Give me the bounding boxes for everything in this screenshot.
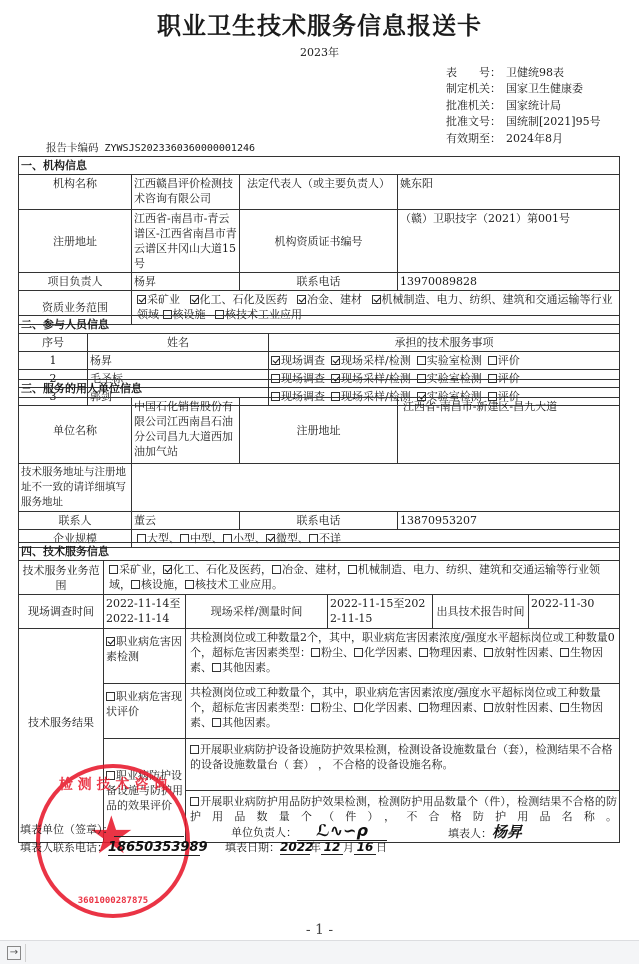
checkbox-icon [311, 648, 320, 657]
checkbox-icon [185, 580, 194, 589]
task-option[interactable]: 现场采样/检测 [331, 354, 411, 367]
meta-row: 表 号：卫健统98表 [446, 65, 601, 81]
checkbox-icon [131, 580, 140, 589]
checkbox-icon [354, 648, 363, 657]
document-page: 职业卫生技术服务信息报送卡 2023年 表 号：卫健统98表 制定机关：国家卫生… [0, 0, 639, 940]
checkbox-icon[interactable] [190, 797, 199, 806]
unit-head-field: 单位负责人：ℒ∿∽ρ [231, 821, 387, 841]
result-detail: 开展职业病防护设备设施防护效果检测，检测设备设施数量台（套），检测结果不合格的设… [186, 739, 620, 791]
checkbox-icon [419, 648, 428, 657]
contact-phone-label: 联系电话 [240, 512, 398, 530]
service-scope-options: 采矿业，化工、石化及医药，冶金、建材，机械制造、电力、纺织、建筑和交通运输等行业… [104, 561, 620, 595]
expand-sidebar-icon[interactable]: → [7, 946, 21, 960]
service-scope-option[interactable]: 化工、石化及医药， [163, 563, 272, 576]
service-address-label: 技术服务地址与注册地址不一致的请详细填写服务地址 [19, 464, 132, 512]
service-scope-option[interactable]: 核技术工业应用。 [185, 578, 283, 591]
report-time-label: 出具技术报告时间 [433, 595, 529, 629]
checkbox-checked-icon [137, 295, 146, 304]
factor-option[interactable]: 其他因素。 [212, 716, 277, 729]
checkbox-checked-icon [331, 356, 340, 365]
org-name-label: 机构名称 [19, 175, 132, 210]
report-time-value: 2022-11-30 [529, 595, 620, 629]
contact-label: 联系人 [19, 512, 132, 530]
factor-option[interactable]: 粉尘、 [311, 701, 354, 714]
seal-number: 3601000287875 [40, 896, 186, 906]
checkbox-checked-icon [190, 295, 199, 304]
filler-field: 填表人：杨昇 [448, 821, 522, 842]
fill-date-field: 填表日期：2022年12月16日 [225, 839, 387, 855]
col-header-no: 序号 [19, 334, 88, 352]
checkbox-icon [419, 703, 428, 712]
table-row: 1 杨昇 现场调查现场采样/检测实验室检测评价 [19, 352, 620, 370]
task-option[interactable]: 实验室检测 [417, 354, 482, 367]
checkbox-icon [106, 692, 115, 701]
phone-value: 13970089828 [398, 273, 620, 291]
report-code: 报告卡编码ZYWSJS2023360360000001246 [46, 140, 255, 155]
sampling-time-value: 2022-11-15至2022-11-15 [328, 595, 433, 629]
checkbox-icon [212, 663, 221, 672]
phone-label: 联系电话 [240, 273, 398, 291]
legal-rep-label: 法定代表人（或主要负责人） [240, 175, 398, 210]
checkbox-icon [417, 356, 426, 365]
result-detail: 共检测岗位或工种数量2个，其中，职业病危害因素浓度/强度水平超标岗位或工种数量0… [186, 629, 620, 684]
unit-reg-address-label: 注册地址 [240, 398, 398, 464]
contact-value: 董云 [132, 512, 240, 530]
project-lead-value: 杨昇 [132, 273, 240, 291]
section4-heading: 四、技术服务信息 [19, 543, 620, 561]
contact-phone-value: 13870953207 [398, 512, 620, 530]
seal-ring-text: 检 测 技 术 咨 询 [48, 774, 178, 794]
factor-option[interactable]: 粉尘、 [311, 646, 354, 659]
section2-heading: 二、参与人员信息 [19, 316, 620, 334]
checkbox-icon [212, 718, 221, 727]
checkbox-checked-icon [372, 295, 381, 304]
checkbox-icon[interactable] [190, 745, 199, 754]
factor-option[interactable]: 化学因素、 [354, 701, 419, 714]
unit-head-signature: ℒ∿∽ρ [297, 821, 387, 841]
checkbox-checked-icon [297, 295, 306, 304]
service-scope-option[interactable]: 核设施， [131, 578, 185, 591]
unit-seal-field: 填表单位（签章）： [20, 821, 184, 837]
checkbox-icon [354, 703, 363, 712]
checkbox-checked-icon [106, 637, 115, 646]
col-header-tasks: 承担的技术服务事项 [269, 334, 620, 352]
task-option[interactable]: 现场调查 [271, 354, 325, 367]
checkbox-checked-icon [163, 565, 172, 574]
project-lead-label: 项目负责人 [19, 273, 132, 291]
scope-option[interactable]: 采矿业 [137, 293, 180, 306]
factor-option[interactable]: 其他因素。 [212, 661, 277, 674]
checkbox-icon [560, 703, 569, 712]
document-meta: 表 号：卫健统98表 制定机关：国家卫生健康委 批准机关：国家统计局 批准文号：… [446, 65, 601, 147]
meta-row: 制定机关：国家卫生健康委 [446, 81, 601, 97]
service-scope-option[interactable]: 冶金、建材， [272, 563, 348, 576]
factor-option[interactable]: 物理因素、 [419, 646, 484, 659]
survey-time-label: 现场调查时间 [19, 595, 104, 629]
viewer-bottom-bar: → [0, 940, 639, 964]
checkbox-icon [272, 565, 281, 574]
col-header-name: 姓名 [88, 334, 269, 352]
sampling-time-label: 现场采样/测量时间 [186, 595, 328, 629]
reg-address-value: 江西省-南昌市-青云谱区-江西省南昌市青云谱区井冈山大道15号 [132, 210, 240, 273]
factor-option[interactable]: 化学因素、 [354, 646, 419, 659]
cert-no-value: （赣）卫职技字（2021）第001号 [398, 210, 620, 273]
service-scope-option[interactable]: 采矿业， [109, 563, 163, 576]
factor-option[interactable]: 物理因素、 [419, 701, 484, 714]
legal-rep-value: 姚东阳 [398, 175, 620, 210]
cert-no-label: 机构资质证书编号 [240, 210, 398, 273]
unit-reg-address-value: 江西省-南昌市-新建区-昌九大道 [398, 398, 620, 464]
section1-table: 一、机构信息 机构名称 江西赣昌评价检测技术咨询有限公司 法定代表人（或主要负责… [18, 156, 620, 325]
section1-heading: 一、机构信息 [19, 157, 620, 175]
meta-row: 批准机关：国家统计局 [446, 98, 601, 114]
checkbox-icon [348, 565, 357, 574]
section3-heading: 三、服务的用人单位信息 [19, 380, 620, 398]
result-type-label[interactable]: 职业病危害因素检测 [104, 629, 186, 684]
checkbox-icon [109, 565, 118, 574]
meta-row: 有效期至：2024年8月 [446, 131, 601, 147]
org-name-value: 江西赣昌评价检测技术咨询有限公司 [132, 175, 240, 210]
document-title: 职业卫生技术服务信息报送卡 [0, 6, 639, 41]
checkbox-icon [488, 356, 497, 365]
scope-option[interactable]: 化工、石化及医药 [190, 293, 288, 306]
checkbox-icon [484, 648, 493, 657]
reg-address-label: 注册地址 [19, 210, 132, 273]
checkbox-checked-icon [271, 356, 280, 365]
scope-option[interactable]: 冶金、建材 [297, 293, 362, 306]
filler-phone-field: 填表人联系电话：18650353989 [20, 839, 200, 856]
page-number: - 1 - [0, 922, 639, 938]
section3-table: 三、服务的用人单位信息 单位名称 中国石化销售股份有限公司江西南昌石油分公司昌九… [18, 379, 620, 548]
result-type-label[interactable]: 职业病危害现状评价 [104, 684, 186, 739]
factor-option[interactable]: 放射性因素、 [484, 646, 560, 659]
unit-name-value: 中国石化销售股份有限公司江西南昌石油分公司昌九大道西加油加气站 [132, 398, 240, 464]
unit-name-label: 单位名称 [19, 398, 132, 464]
service-address-value [132, 464, 620, 512]
service-scope-label: 技术服务业务范围 [19, 561, 104, 595]
task-options: 现场调查现场采样/检测实验室检测评价 [269, 352, 620, 370]
checkbox-icon [484, 703, 493, 712]
filler-signature: 杨昇 [492, 823, 522, 841]
checkbox-icon [311, 703, 320, 712]
factor-option[interactable]: 放射性因素、 [484, 701, 560, 714]
result-detail: 共检测岗位或工种数量个，其中，职业病危害因素浓度/强度水平超标岗位或工种数量个，… [186, 684, 620, 739]
survey-time-value: 2022-11-14至2022-11-14 [104, 595, 186, 629]
meta-row: 批准文号：国统制[2021]95号 [446, 114, 601, 130]
checkbox-icon [560, 648, 569, 657]
task-option[interactable]: 评价 [488, 354, 520, 367]
divider [25, 944, 26, 962]
document-year: 2023年 [0, 44, 639, 60]
